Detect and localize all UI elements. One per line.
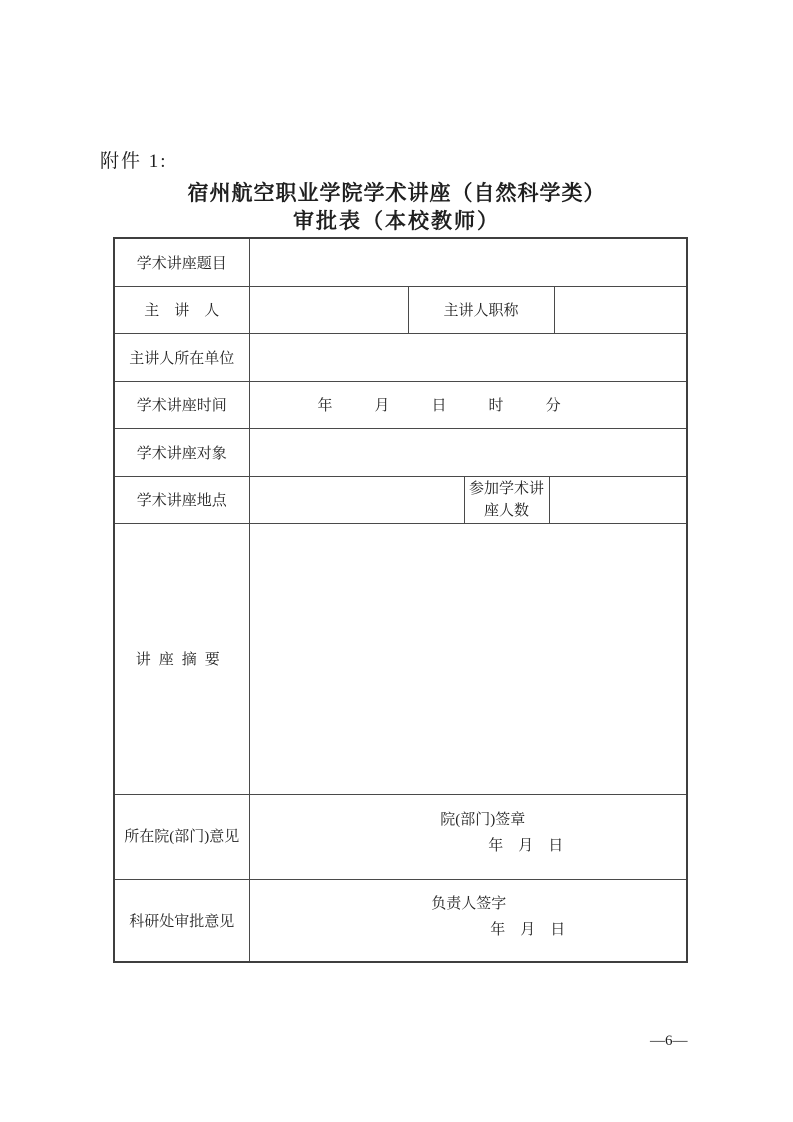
form-row-audience: 学术讲座对象 [114,428,687,476]
form-row-abstract: 讲座摘要 [114,523,687,794]
lecture-time-label: 学术讲座时间 [114,381,249,428]
form-row-lecture-time: 学术讲座时间 年 月 日 时 分 [114,381,687,428]
speaker-rank-field[interactable] [554,286,687,333]
lecture-abstract-label: 讲座摘要 [114,523,249,794]
department-seal-line: 院(部门)签章 [250,807,687,833]
form-row-department-opinion: 所在院(部门)意见 院(部门)签章 年 月 日 [114,794,687,879]
department-date-line: 年 月 日 [250,833,687,859]
participants-count-field[interactable] [549,476,687,523]
lecture-time-field[interactable]: 年 月 日 时 分 [249,381,687,428]
research-office-sign-area: 负责人签字 年 月 日 [250,891,687,950]
lecture-time-units: 年 月 日 时 分 [250,394,687,415]
lecture-title-label: 学术讲座题目 [114,238,249,286]
form-row-speaker-unit: 主讲人所在单位 [114,333,687,381]
form-row-lecture-title: 学术讲座题目 [114,238,687,286]
department-opinion-field[interactable]: 院(部门)签章 年 月 日 [249,794,687,879]
lecture-location-label: 学术讲座地点 [114,476,249,523]
time-unit-month: 月 [375,394,390,415]
attachment-label: 附件 1: [100,146,168,173]
responsible-signature-line: 负责人签字 [250,891,687,917]
lecture-location-field[interactable] [249,476,464,523]
document-title: 宿州航空职业学院学术讲座（自然科学类） 审批表（本校教师） [0,180,793,236]
time-unit-day: 日 [432,394,447,415]
time-unit-hour: 时 [489,394,504,415]
participants-count-label: 参加学术讲座人数 [464,476,549,523]
research-office-opinion-field[interactable]: 负责人签字 年 月 日 [249,879,687,962]
lecture-abstract-field[interactable] [249,523,687,794]
speaker-unit-label: 主讲人所在单位 [114,333,249,381]
speaker-label: 主 讲 人 [114,286,249,333]
title-line-1: 宿州航空职业学院学术讲座（自然科学类） [0,180,793,208]
speaker-unit-field[interactable] [249,333,687,381]
lecture-audience-field[interactable] [249,428,687,476]
lecture-title-field[interactable] [249,238,687,286]
research-office-date-line: 年 月 日 [250,917,687,943]
research-office-opinion-label: 科研处审批意见 [114,879,249,962]
form-row-research-office-opinion: 科研处审批意见 负责人签字 年 月 日 [114,879,687,962]
page-number: —6— [650,1033,688,1050]
department-sign-area: 院(部门)签章 年 月 日 [250,807,687,866]
lecture-audience-label: 学术讲座对象 [114,428,249,476]
form-row-speaker: 主 讲 人 主讲人职称 [114,286,687,333]
document-page: 附件 1: 宿州航空职业学院学术讲座（自然科学类） 审批表（本校教师） 学术讲座… [0,0,793,1122]
speaker-rank-label: 主讲人职称 [408,286,554,333]
department-opinion-label: 所在院(部门)意见 [114,794,249,879]
time-unit-minute: 分 [546,394,561,415]
form-row-location: 学术讲座地点 参加学术讲座人数 [114,476,687,523]
title-line-2: 审批表（本校教师） [0,208,793,236]
speaker-field[interactable] [249,286,408,333]
approval-form-table: 学术讲座题目 主 讲 人 主讲人职称 主讲人所在单位 学术讲座时间 年 月 日 … [113,237,688,963]
time-unit-year: 年 [318,394,333,415]
